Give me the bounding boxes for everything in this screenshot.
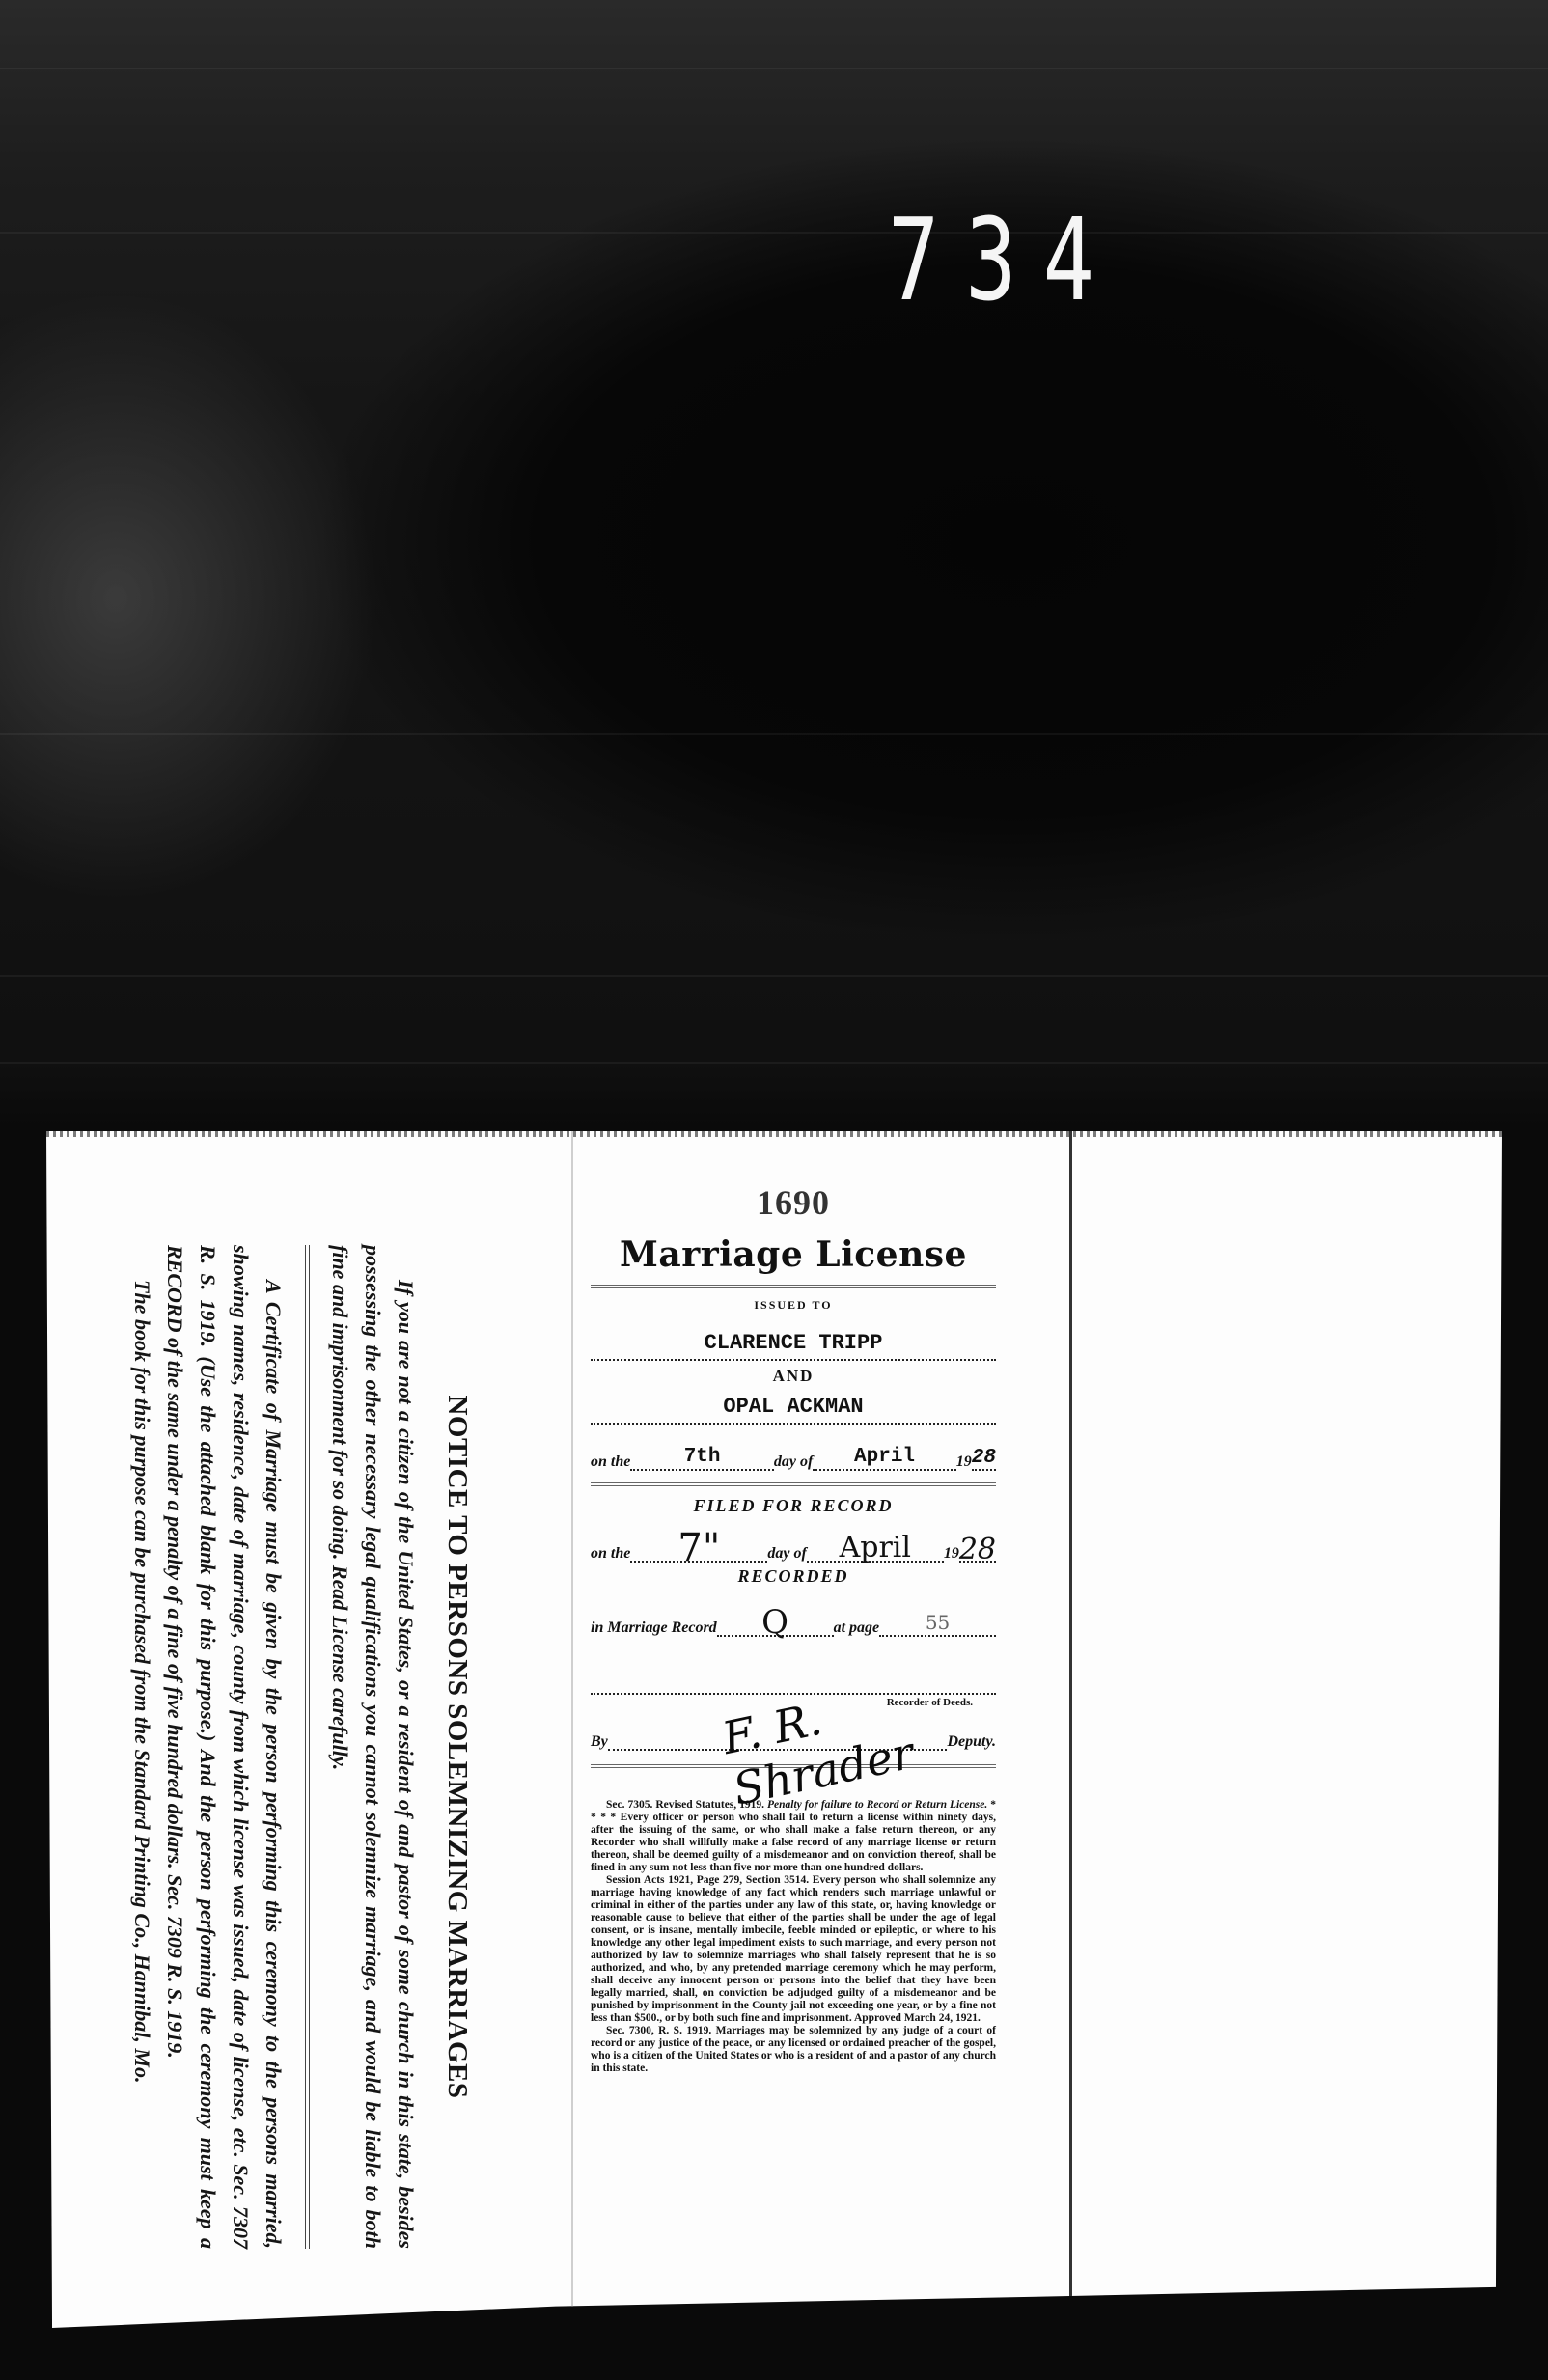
statute-sec-7300: Sec. 7300, R. S. 1919. Marriages may be … xyxy=(591,2025,996,2075)
divider xyxy=(305,1245,310,2249)
on-the-label: on the xyxy=(591,1545,630,1563)
fold-line xyxy=(571,1131,573,2328)
notice-panel: NOTICE TO PERSONS SOLEMNIZING MARRIAGES … xyxy=(62,1168,486,2307)
issue-year: 28 xyxy=(972,1447,996,1471)
marriage-record-label: in Marriage Record xyxy=(591,1619,717,1637)
day-of-label: day of xyxy=(767,1545,806,1563)
filed-day: 7" xyxy=(630,1537,767,1563)
notice-paragraph: If you are not a citizen of the United S… xyxy=(323,1245,422,2249)
license-title: Marriage License xyxy=(591,1234,996,1275)
film-haze xyxy=(0,193,598,984)
notice-title: NOTICE TO PERSONS SOLEMNIZING MARRIAGES xyxy=(441,1245,473,2249)
statute-sec-7305: Sec. 7305. Revised Statutes, 1919. Penal… xyxy=(591,1799,996,1874)
and-label: AND xyxy=(591,1367,996,1386)
issue-date-row: on the 7th day of April 19 28 xyxy=(591,1446,996,1471)
film-streak xyxy=(0,975,1548,977)
film-streak xyxy=(0,1062,1548,1064)
record-row: in Marriage Record Q at page 55 xyxy=(591,1612,996,1637)
divider xyxy=(591,1482,996,1486)
divider xyxy=(591,1285,996,1288)
film-streak xyxy=(0,733,1548,735)
fold-line xyxy=(1069,1131,1072,2328)
statutes-text: Sec. 7305. Revised Statutes, 1919. Penal… xyxy=(591,1799,996,2075)
bride-name: OPAL ACKMAN xyxy=(591,1392,996,1425)
film-streak xyxy=(0,232,1548,234)
year-prefix: 19 xyxy=(956,1453,972,1471)
filed-for-record-label: FILED FOR RECORD xyxy=(591,1496,996,1516)
record-book: Q xyxy=(717,1612,834,1637)
filed-date-row: on the 7" day of April 19 28 xyxy=(591,1537,996,1563)
frame-number: 734 xyxy=(888,203,1120,317)
issue-month: April xyxy=(813,1446,956,1471)
notice-paragraph: The book for this purpose can be purchas… xyxy=(125,1245,158,2249)
record-page: 55 xyxy=(879,1612,996,1637)
license-panel: 1690 Marriage License ISSUED TO CLARENCE… xyxy=(591,1182,996,2075)
license-number: 1690 xyxy=(591,1182,996,1223)
filed-year: 28 xyxy=(959,1539,996,1563)
statute-session-acts: Session Acts 1921, Page 279, Section 351… xyxy=(591,1874,996,2025)
notice-paragraph: A Certificate of Marriage must be given … xyxy=(158,1245,290,2249)
day-of-label: day of xyxy=(774,1453,813,1471)
by-label: By xyxy=(591,1733,608,1751)
on-the-label: on the xyxy=(591,1453,630,1471)
at-page-label: at page xyxy=(834,1619,880,1637)
issued-to-label: ISSUED TO xyxy=(591,1298,996,1313)
groom-name: CLARENCE TRIPP xyxy=(591,1328,996,1361)
filed-month: April xyxy=(807,1537,944,1563)
recorded-label: RECORDED xyxy=(591,1566,996,1587)
year-prefix: 19 xyxy=(944,1545,959,1563)
film-streak xyxy=(0,68,1548,69)
notice-rotated-content: NOTICE TO PERSONS SOLEMNIZING MARRIAGES … xyxy=(62,1245,486,2249)
issue-day: 7th xyxy=(630,1446,774,1471)
